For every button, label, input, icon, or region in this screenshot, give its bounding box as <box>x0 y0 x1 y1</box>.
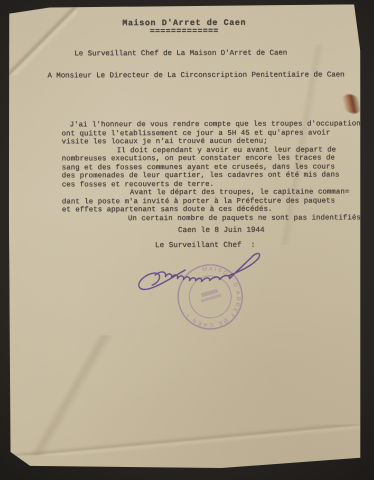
paper-crease-lower-left <box>8 335 128 455</box>
body-line: Avant le départ des troupes, le capitain… <box>130 188 349 197</box>
body-line: sang et des fosses communes ayant ete cr… <box>62 163 335 172</box>
body-line: et effets appartenant sans doute à ces d… <box>62 206 273 215</box>
photo-backdrop: Maison D'Arret de Caen ============= Le … <box>0 0 374 480</box>
body-line: Il doit cependant y avoir eu avant leur … <box>117 146 336 155</box>
addressee-line: A Monsieur Le Directeur de La Circonscri… <box>47 71 344 80</box>
rust-stain <box>338 90 366 117</box>
body-line: ces fosses et recouverts de terre. <box>62 180 214 189</box>
sender-line: Le Surveillant Chef de La Maison D'Arret… <box>74 50 287 59</box>
letterhead-underline: ============= <box>7 26 361 36</box>
paper-crease-top-left <box>7 5 77 75</box>
body-line: visite les locaux je n'ai trouvé aucun d… <box>62 138 268 147</box>
handwritten-signature <box>133 248 269 300</box>
body-line: nombreuses executions, on peut constater… <box>62 154 335 163</box>
body-line: des promenades de leur quartier, les cad… <box>62 171 340 180</box>
paper-crease-bottom <box>9 424 363 455</box>
body-line: dant le poste m'a invité à porter à la P… <box>62 197 335 206</box>
body-line: Un certain nombre de paquets ne sont pas… <box>128 214 361 223</box>
letter-page: Maison D'Arret de Caen ============= Le … <box>7 4 363 470</box>
body-line: ont quitte l'etablissement ce jour a 5H … <box>62 129 331 138</box>
date-line: Caen le 8 Juin 1944 <box>178 227 265 235</box>
